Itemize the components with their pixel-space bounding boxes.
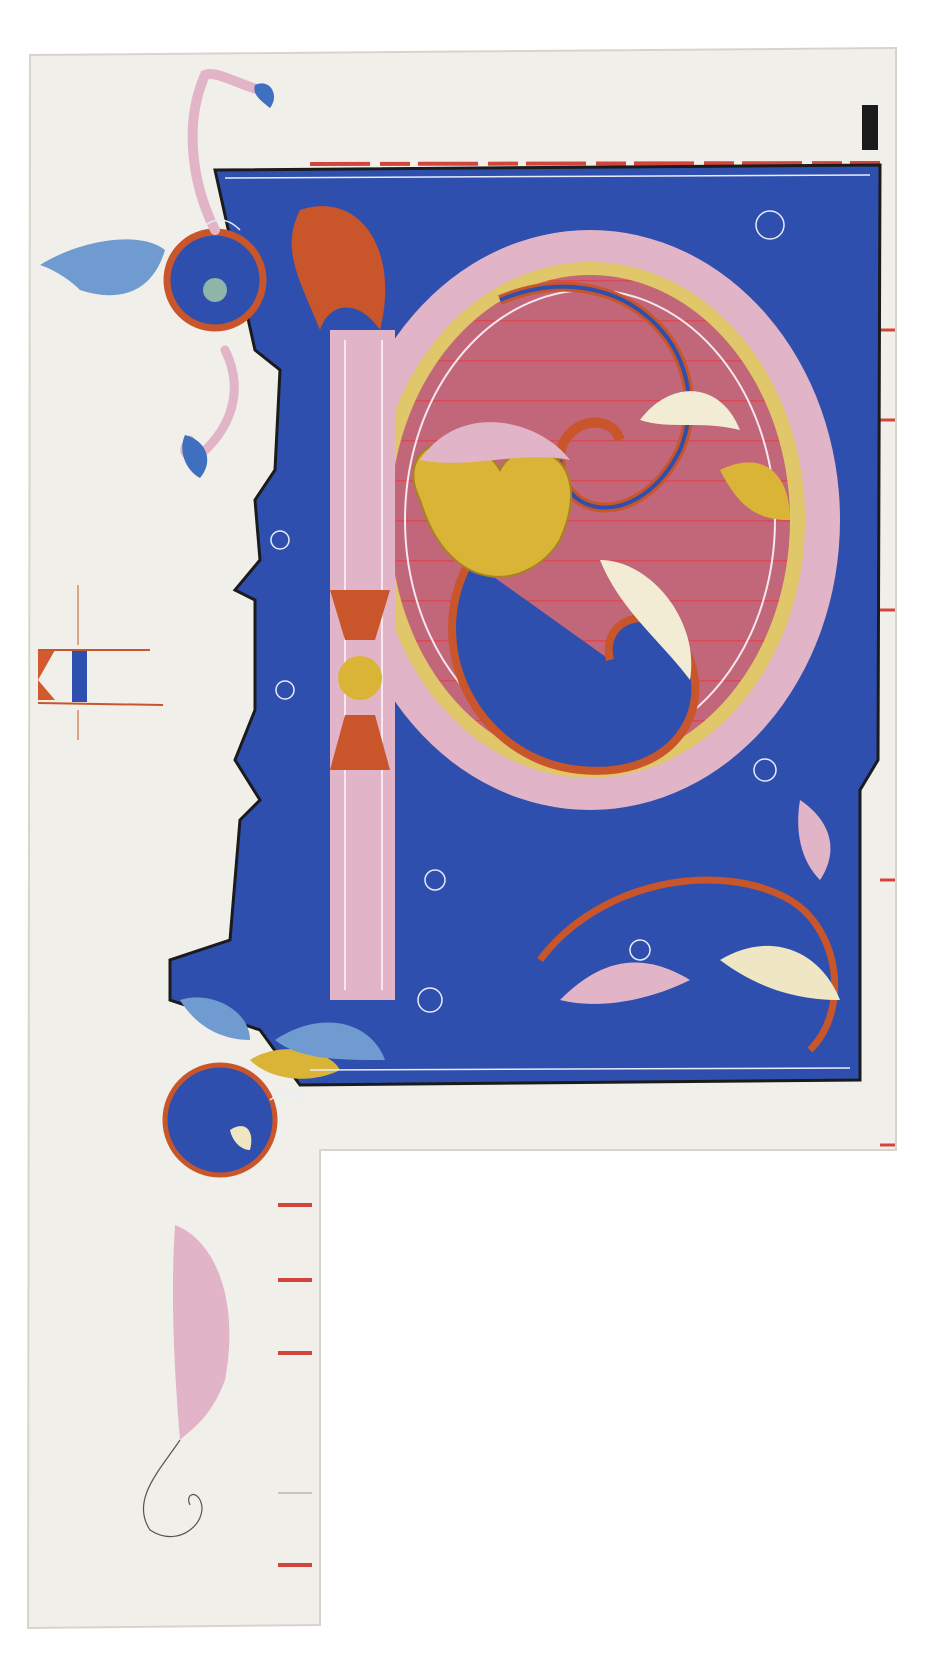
gold-boss [338,656,382,700]
lower-left-roundel [165,1065,275,1175]
illuminated-initial-p [0,0,951,1680]
ink-mark [862,105,878,150]
manuscript-fragment [0,0,951,1680]
